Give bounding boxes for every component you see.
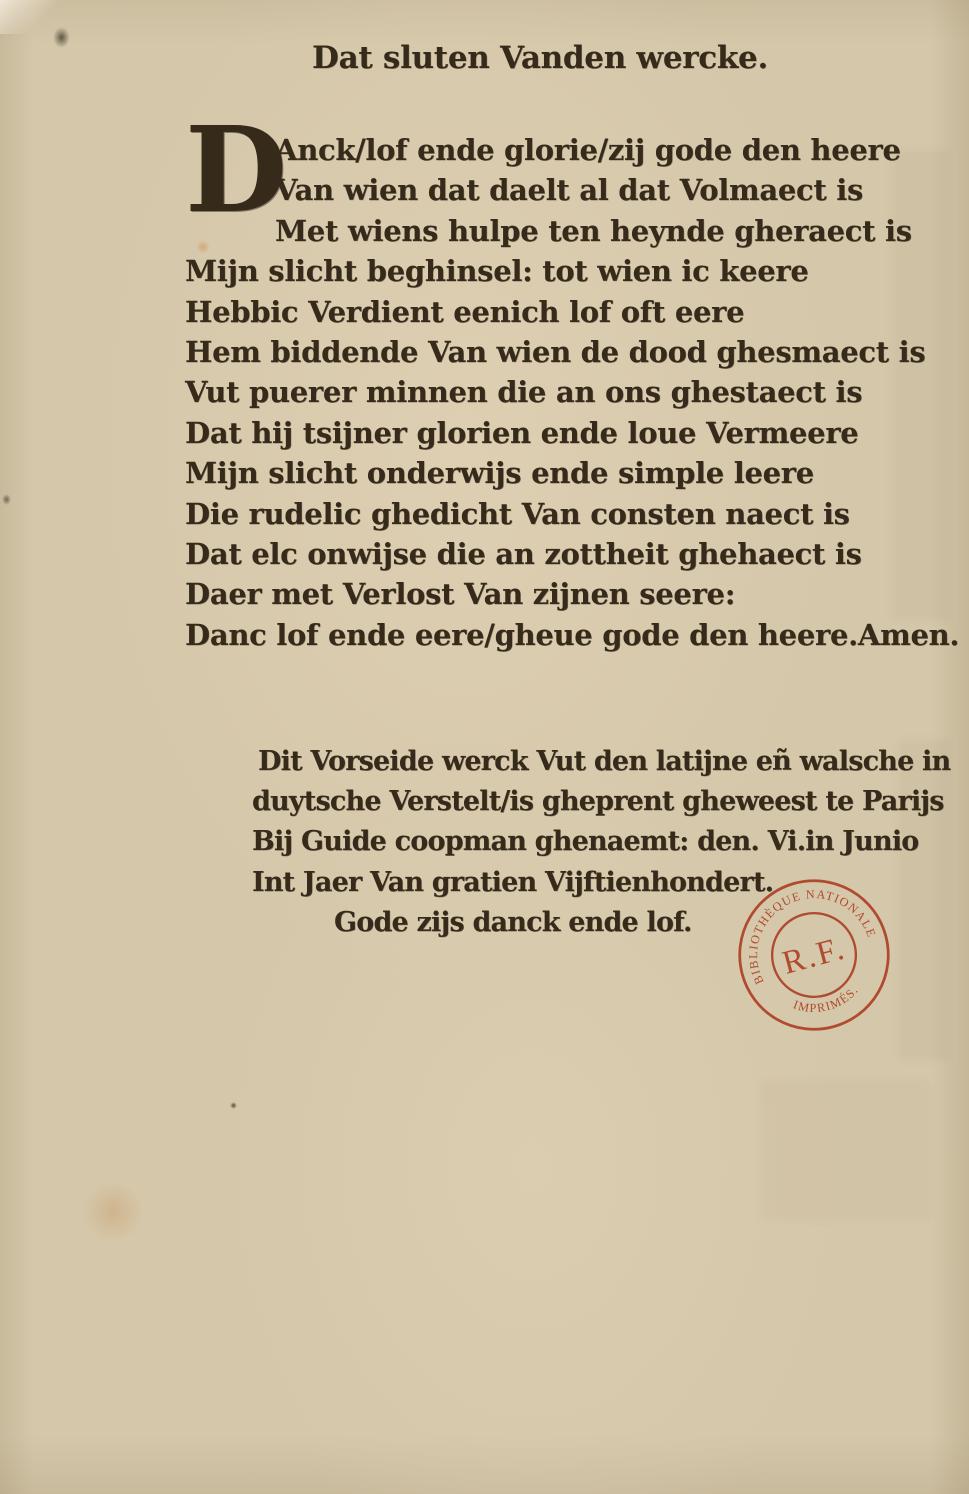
poem-line: Mijn slicht beghinsel: tot wien ic keere [185,251,893,291]
poem-line: Mijn slicht onderwijs ende simple leere [185,453,893,493]
page-heading: Dat sluten Vanden wercke. [190,40,890,76]
amen-text: Amen. [858,615,969,655]
stamp-center-text: R.F. [778,929,849,981]
stamp-ring-text-bottom: IMPRIMÉS. [789,981,865,1023]
poem-line: Hebbic Verdient eenich lof oft eere [185,292,893,332]
ink-blot [53,27,70,48]
paper-speck [230,1102,237,1109]
drop-cap-initial: D [185,130,269,211]
poem-line: Hem biddende Van wien de dood ghesmaect … [185,332,893,372]
poem-line: Danc lof ende eere/gheue gode den heere.… [185,615,893,655]
poem-line: Met wiens hulpe ten heynde gheraect is [185,211,893,251]
paper-speck [2,494,11,505]
colophon-line: Bij Guide coopman ghenaemt: den. Vi.in J… [252,822,952,862]
poem-line: Dat hij tsijner glorien ende loue Vermee… [185,413,893,453]
poem-line: Vut puerer minnen die an ons ghestaect i… [185,372,893,412]
book-page: Dat sluten Vanden wercke. D Anck/lof end… [0,0,969,1494]
poem-line: Dat elc onwijse die an zottheit ghehaect… [185,534,893,574]
poem-line: Die rudelic ghedicht Van consten naect i… [185,494,893,534]
poem-line: Daer met Verlost Van zijnen seere: [185,574,893,614]
poem-line: Anck/lof ende glorie/zij gode den heere [185,130,893,170]
show-through-smudge [760,1080,930,1220]
poem-line: Van wien dat daelt al dat Volmaect is [185,170,893,210]
colophon-line: Dit Vorseide werck Vut den latijne eñ wa… [252,742,952,782]
colophon-line: duytsche Verstelt/is gheprent gheweest t… [252,782,952,822]
poem-block: D Anck/lof ende glorie/zij gode den heer… [185,130,893,655]
poem-line-text: Danc lof ende eere/gheue gode den heere. [185,615,858,655]
